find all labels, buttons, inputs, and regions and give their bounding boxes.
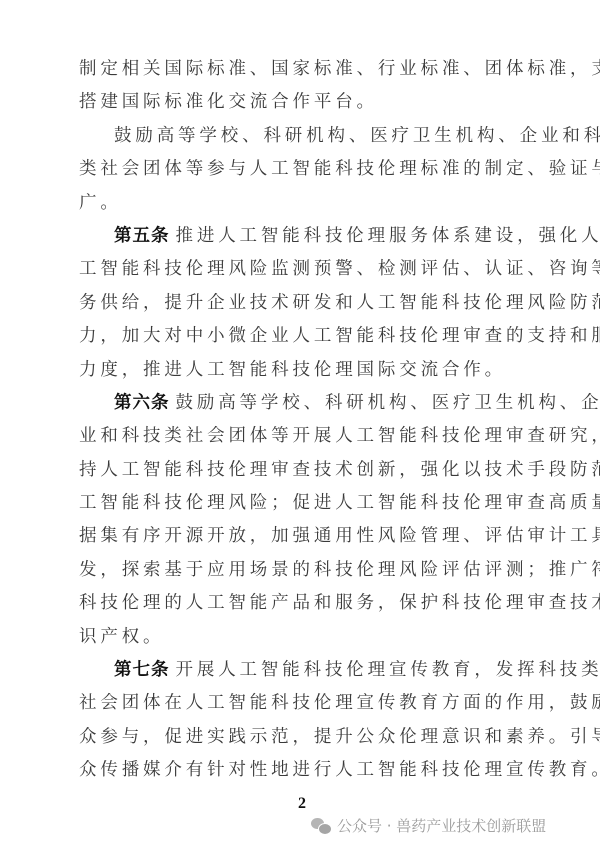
text-line: 开展人工智能科技伦理宣传教育，发挥科技类 xyxy=(176,660,600,680)
text-line: 识产权。 xyxy=(79,621,537,654)
text-line: 广。 xyxy=(79,187,537,220)
text-line: 业和科技类社会团体等开展人工智能科技伦理审查研究，支 xyxy=(79,420,537,453)
text-line: 工智能科技伦理风险监测预警、检测评估、认证、咨询等服 xyxy=(79,253,537,286)
text-line: 众传播媒介有针对性地进行人工智能科技伦理宣传教育。 xyxy=(79,754,537,787)
text-line: 鼓励高等学校、科研机构、医疗卫生机构、企 xyxy=(176,393,600,413)
article-label: 第五条 xyxy=(114,226,170,246)
text-line: 科技伦理的人工智能产品和服务，保护科技伦理审查技术知 xyxy=(79,587,537,620)
text-line: 鼓励高等学校、科研机构、医疗卫生机构、企业和科技 xyxy=(79,120,537,153)
article-label: 第七条 xyxy=(114,660,170,680)
article-7-line: 第七条开展人工智能科技伦理宣传教育，发挥科技类 xyxy=(79,654,537,687)
text-line: 据集有序开源开放，加强通用性风险管理、评估审计工具研 xyxy=(79,520,537,553)
text-line: 发，探索基于应用场景的科技伦理风险评估评测；推广符合 xyxy=(79,554,537,587)
text-line: 力度，推进人工智能科技伦理国际交流合作。 xyxy=(79,354,537,387)
article-label: 第六条 xyxy=(114,393,170,413)
text-line: 推进人工智能科技伦理服务体系建设，强化人 xyxy=(176,226,600,246)
text-line: 类社会团体等参与人工智能科技伦理标准的制定、验证与推 xyxy=(79,153,537,186)
text-line: 持人工智能科技伦理审查技术创新，强化以技术手段防范人 xyxy=(79,454,537,487)
article-5-line: 第五条推进人工智能科技伦理服务体系建设，强化人 xyxy=(79,220,537,253)
article-6-line: 第六条鼓励高等学校、科研机构、医疗卫生机构、企 xyxy=(79,387,537,420)
text-line: 搭建国际标准化交流合作平台。 xyxy=(79,86,537,119)
page-number: 2 xyxy=(298,795,306,813)
watermark: 公众号 · 兽药产业技术创新联盟 xyxy=(311,815,546,836)
watermark-text: 公众号 · 兽药产业技术创新联盟 xyxy=(337,815,546,836)
text-line: 务供给，提升企业技术研发和人工智能科技伦理风险防范能 xyxy=(79,287,537,320)
wechat-icon xyxy=(311,818,331,834)
text-line: 社会团体在人工智能科技伦理宣传教育方面的作用，鼓励公 xyxy=(79,687,537,720)
text-line: 制定相关国际标准、国家标准、行业标准、团体标准，支持 xyxy=(79,53,537,86)
text-line: 力，加大对中小微企业人工智能科技伦理审查的支持和服务 xyxy=(79,320,537,353)
text-line: 众参与，促进实践示范，提升公众伦理意识和素养。引导大 xyxy=(79,721,537,754)
document-page: 制定相关国际标准、国家标准、行业标准、团体标准，支持 搭建国际标准化交流合作平台… xyxy=(79,53,537,788)
text-line: 工智能科技伦理风险；促进人工智能科技伦理审查高质量数 xyxy=(79,487,537,520)
